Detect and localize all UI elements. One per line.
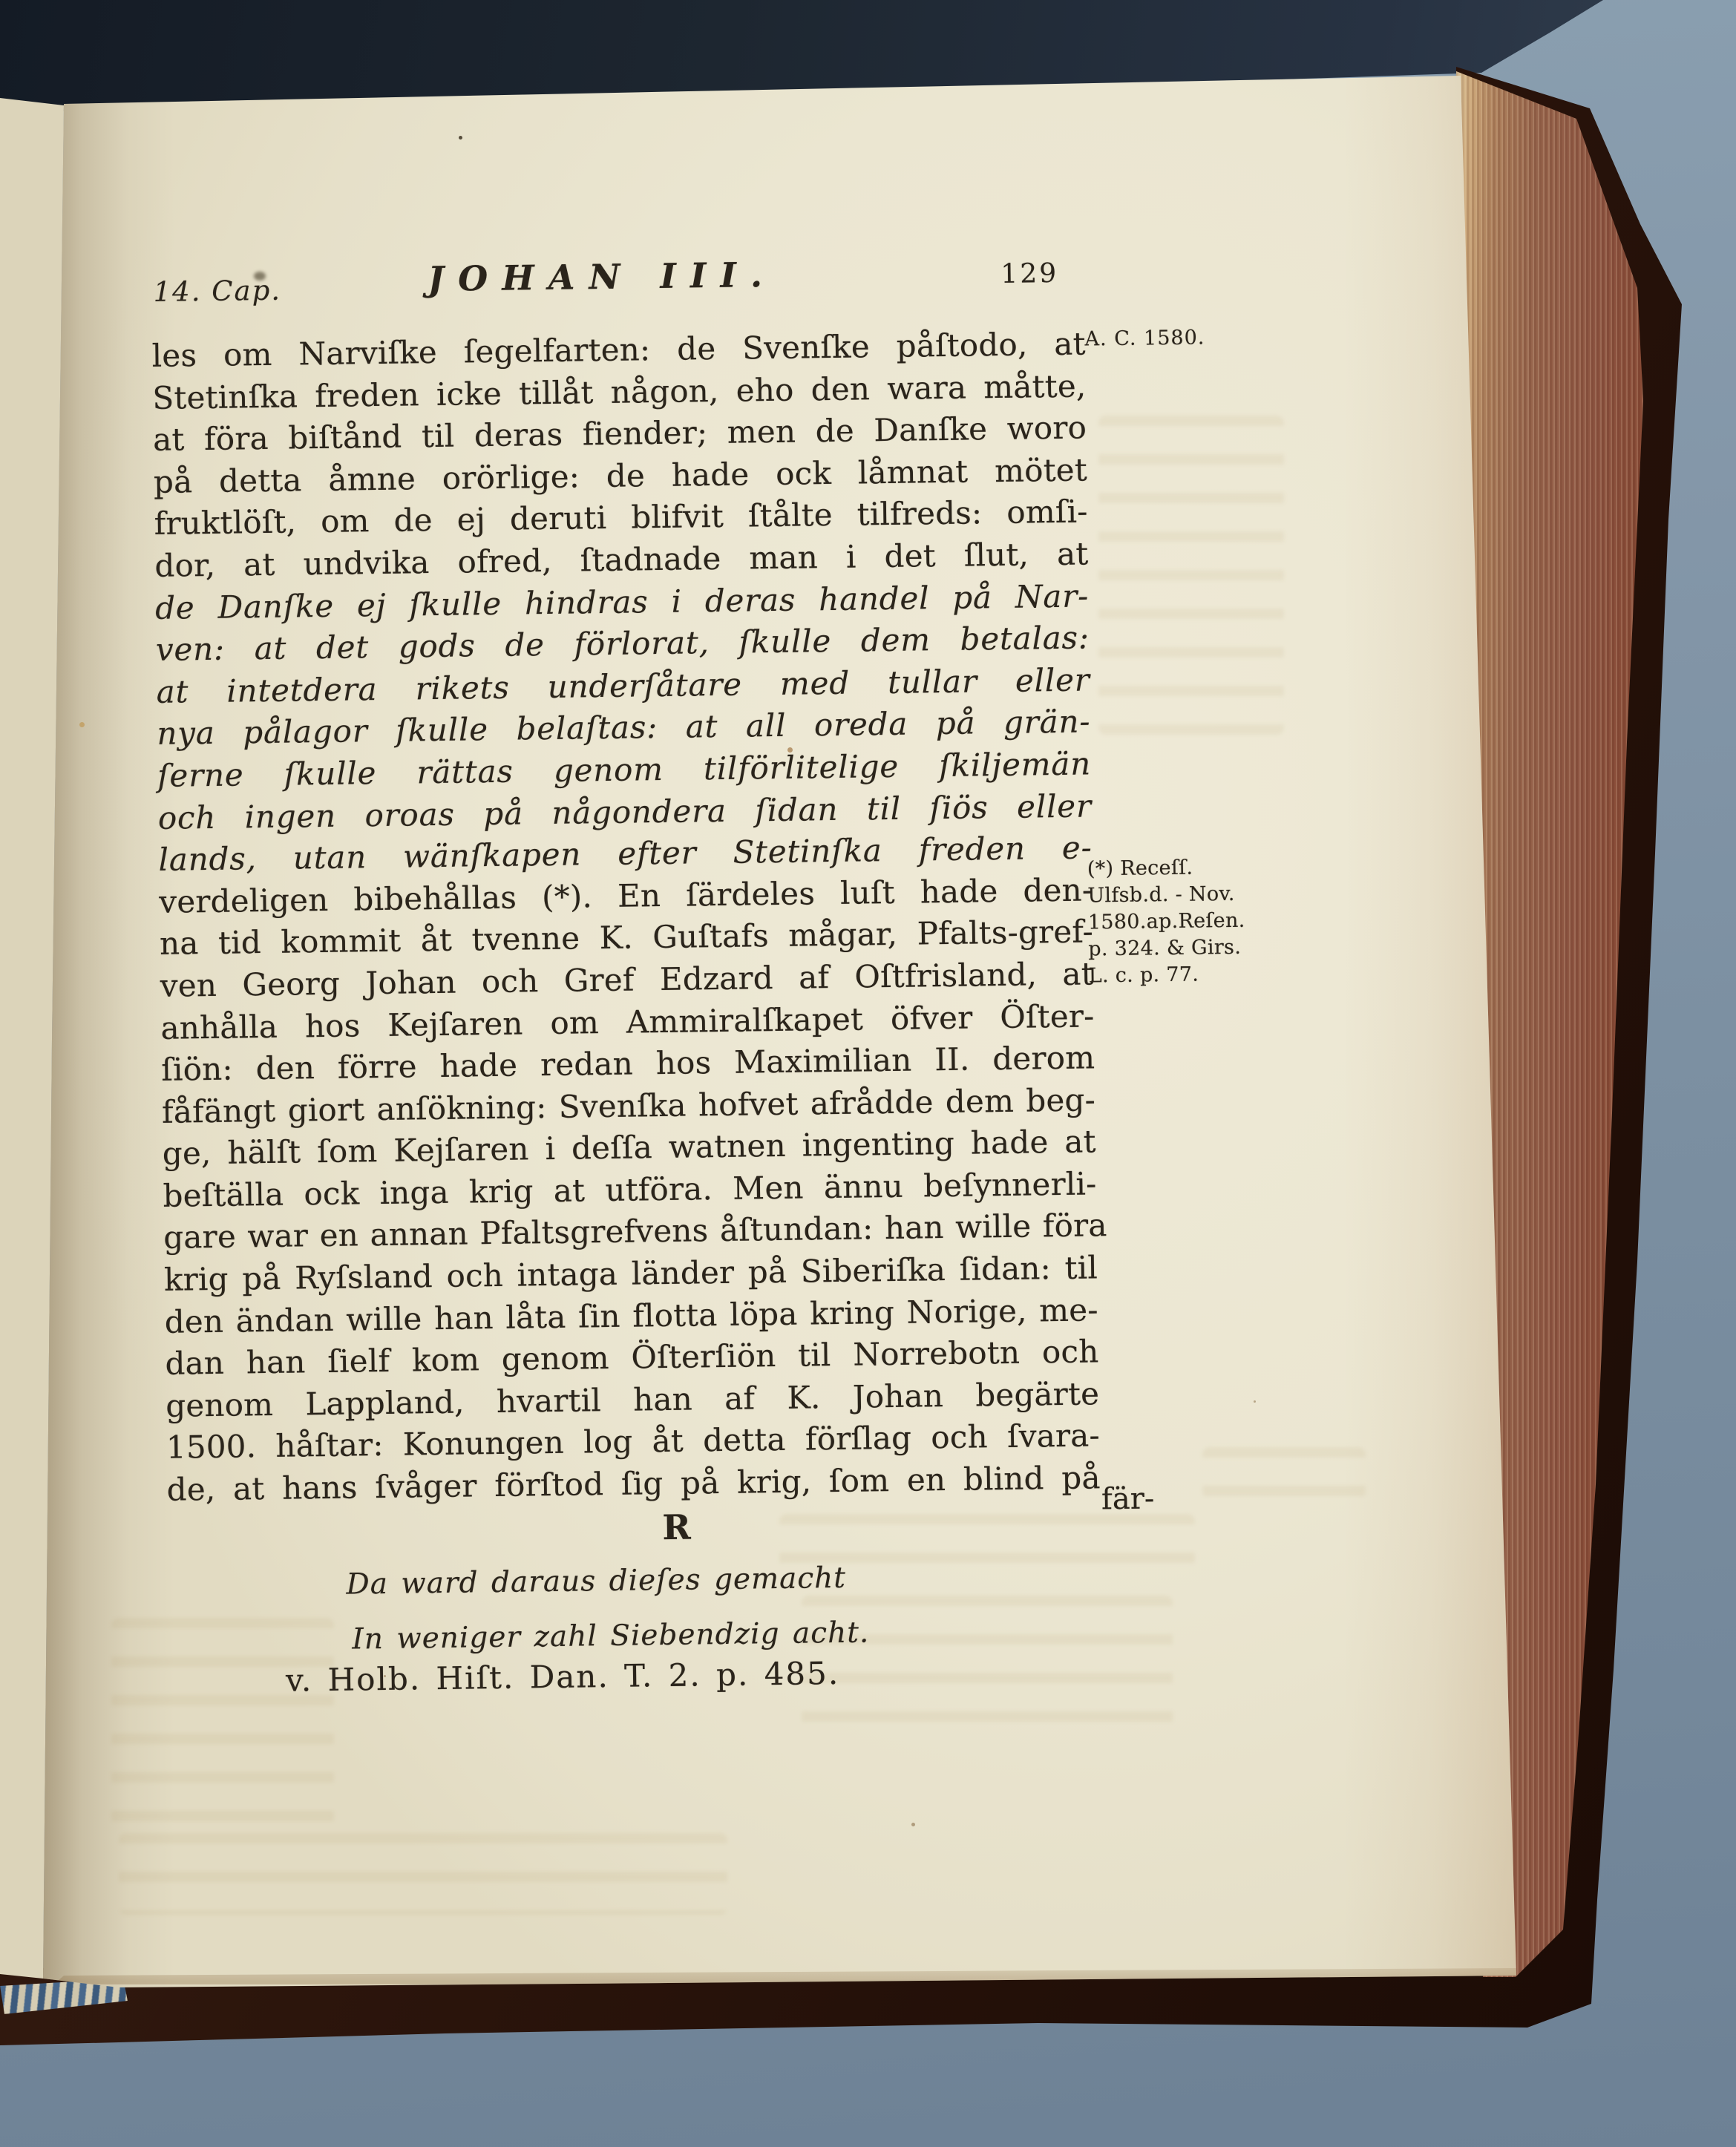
quote-line: Da ward daraus dieſes gemacht xyxy=(346,1561,846,1602)
running-title: JOHAN III. xyxy=(428,255,776,299)
footnote-line: 1580.ap.Reſen. xyxy=(1088,907,1288,937)
quote-line: In weniger zahl Siebendzig acht. xyxy=(352,1616,869,1656)
footnote-line: Ulfsb.d. - Nov. xyxy=(1087,880,1288,910)
footnote-line: p. 324. & Girs. xyxy=(1088,934,1288,963)
page-number: 129 xyxy=(1000,258,1058,289)
signature-mark: R xyxy=(662,1507,691,1547)
footnote-line: L. c. p. 77. xyxy=(1089,960,1289,990)
margin-footnote: (*) Receſſ. Ulfsb.d. - Nov. 1580.ap.Reſe… xyxy=(1087,853,1289,990)
body-text: les om Narviſke ſegelfarten: de Svenſke … xyxy=(151,323,1101,1511)
catchword: fär- xyxy=(1101,1481,1155,1516)
chapter-label: 14. Cap. xyxy=(153,275,281,308)
quote-reference: v. Holb. Hiſt. Dan. T. 2. p. 485. xyxy=(286,1655,840,1699)
footnote-line: (*) Receſſ. xyxy=(1087,853,1288,883)
margin-year-note: A. C. 1580. xyxy=(1084,326,1205,350)
